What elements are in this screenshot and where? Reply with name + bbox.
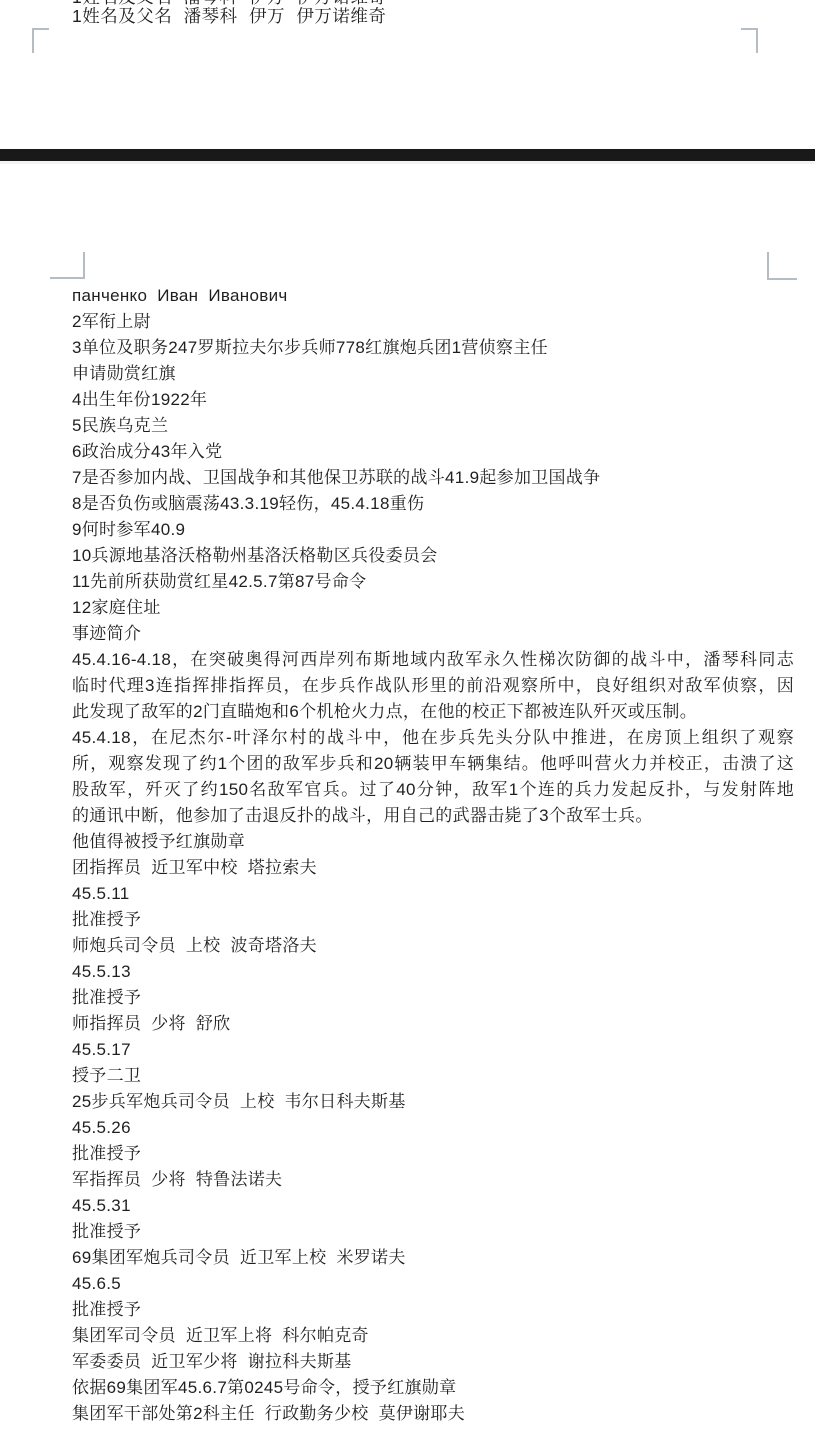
text-line: 集团军司令员 近卫军上将 科尔帕克奇 bbox=[72, 1323, 794, 1349]
text-line: 45.5.13 bbox=[72, 959, 794, 985]
text-line: 4出生年份1922年 bbox=[72, 387, 794, 413]
text-line: 授予二卫 bbox=[72, 1063, 794, 1089]
corner-mark-top-right-icon bbox=[741, 28, 758, 53]
page-separator-bar bbox=[0, 149, 815, 164]
text-line: 12家庭住址 bbox=[72, 595, 794, 621]
text-line: 5民族乌克兰 bbox=[72, 413, 794, 439]
text-line: 批准授予 bbox=[72, 985, 794, 1011]
paragraph-line: 临时代理3连指挥排指挥员，在步兵作战队形里的前沿观察所中，良好组织对敌军侦察，因 bbox=[72, 673, 794, 699]
corner-mark-page2-right-icon bbox=[767, 252, 797, 280]
text-line: 集团军干部处第2科主任 行政勤务少校 莫伊谢耶夫 bbox=[72, 1401, 794, 1427]
text-line: 3单位及职务247罗斯拉夫尔步兵师778红旗炮兵团1营侦察主任 bbox=[72, 335, 794, 361]
text-line: 11先前所获勋赏红星42.5.7第87号命令 bbox=[72, 569, 794, 595]
text-line: 批准授予 bbox=[72, 1219, 794, 1245]
paragraph-line: 此发现了敌军的2门直瞄炮和6个机枪火力点，在他的校正下都被连队歼灭或压制。 bbox=[72, 699, 794, 725]
text-line: 45.5.11 bbox=[72, 881, 794, 907]
text-line: 25步兵军炮兵司令员 上校 韦尔日科夫斯基 bbox=[72, 1089, 794, 1115]
document-scan: 1姓名及父名 潘琴科 伊万 伊万诺维奇 1姓名及父名 潘琴科 伊万 伊万诺维奇 … bbox=[0, 0, 815, 1440]
text-line: 师炮兵司令员 上校 波奇塔洛夫 bbox=[72, 933, 794, 959]
text-line: 8是否负伤或脑震荡43.3.19轻伤，45.4.18重伤 bbox=[72, 491, 794, 517]
text-line: 45.6.5 bbox=[72, 1271, 794, 1297]
text-line: 45.5.17 bbox=[72, 1037, 794, 1063]
text-line: 依据69集团军45.6.7第0245号命令，授予红旗勋章 bbox=[72, 1375, 794, 1401]
paragraph-line: 45.4.18，在尼杰尔-叶泽尔村的战斗中，他在步兵先头分队中推进，在房顶上组织… bbox=[72, 725, 794, 751]
corner-mark-top-left-icon bbox=[32, 28, 49, 53]
text-line: 10兵源地基洛沃格勒州基洛沃格勒区兵役委员会 bbox=[72, 543, 794, 569]
text-line: 申请勋赏红旗 bbox=[72, 361, 794, 387]
paragraph-line: 的通讯中断，他参加了击退反扑的战斗，用自己的武器击毙了3个敌军士兵。 bbox=[72, 803, 794, 829]
text-line: 批准授予 bbox=[72, 1297, 794, 1323]
text-line: 他值得被授予红旗勋章 bbox=[72, 829, 794, 855]
text-line: 69集团军炮兵司令员 近卫军上校 米罗诺夫 bbox=[72, 1245, 794, 1271]
text-line: 7是否参加内战、卫国战争和其他保卫苏联的战斗41.9起参加卫国战争 bbox=[72, 465, 794, 491]
text-line: 9何时参军40.9 bbox=[72, 517, 794, 543]
text-line: 团指挥员 近卫军中校 塔拉索夫 bbox=[72, 855, 794, 881]
text-line: панченко Иван Иванович bbox=[72, 283, 794, 309]
text-line: 45.5.31 bbox=[72, 1193, 794, 1219]
text-line: 批准授予 bbox=[72, 907, 794, 933]
text-line: 45.5.26 bbox=[72, 1115, 794, 1141]
text-line: 批准授予 bbox=[72, 1141, 794, 1167]
corner-mark-page2-left-icon bbox=[50, 252, 85, 279]
name-patronymic-line: 1姓名及父名 潘琴科 伊万 伊万诺维奇 bbox=[72, 6, 386, 27]
document-text: панченко Иван Иванович2军衔上尉3单位及职务247罗斯拉夫… bbox=[72, 283, 794, 1427]
text-line: 事迹简介 bbox=[72, 621, 794, 647]
text-line: 师指挥员 少将 舒欣 bbox=[72, 1011, 794, 1037]
paragraph-line: 45.4.16-4.18，在突破奥得河西岸列布斯地域内敌军永久性梯次防御的战斗中… bbox=[72, 647, 794, 673]
text-line: 军委委员 近卫军少将 谢拉科夫斯基 bbox=[72, 1349, 794, 1375]
paragraph-line: 股敌军，歼灭了约150名敌军官兵。过了40分钟，敌军1个连的兵力发起反扑，与发射… bbox=[72, 777, 794, 803]
text-line: 6政治成分43年入党 bbox=[72, 439, 794, 465]
text-line: 军指挥员 少将 特鲁法诺夫 bbox=[72, 1167, 794, 1193]
paragraph-line: 所，观察发现了约1个团的敌军步兵和20辆装甲车辆集结。他呼叫营火力并校正，击溃了… bbox=[72, 751, 794, 777]
text-line: 2军衔上尉 bbox=[72, 309, 794, 335]
